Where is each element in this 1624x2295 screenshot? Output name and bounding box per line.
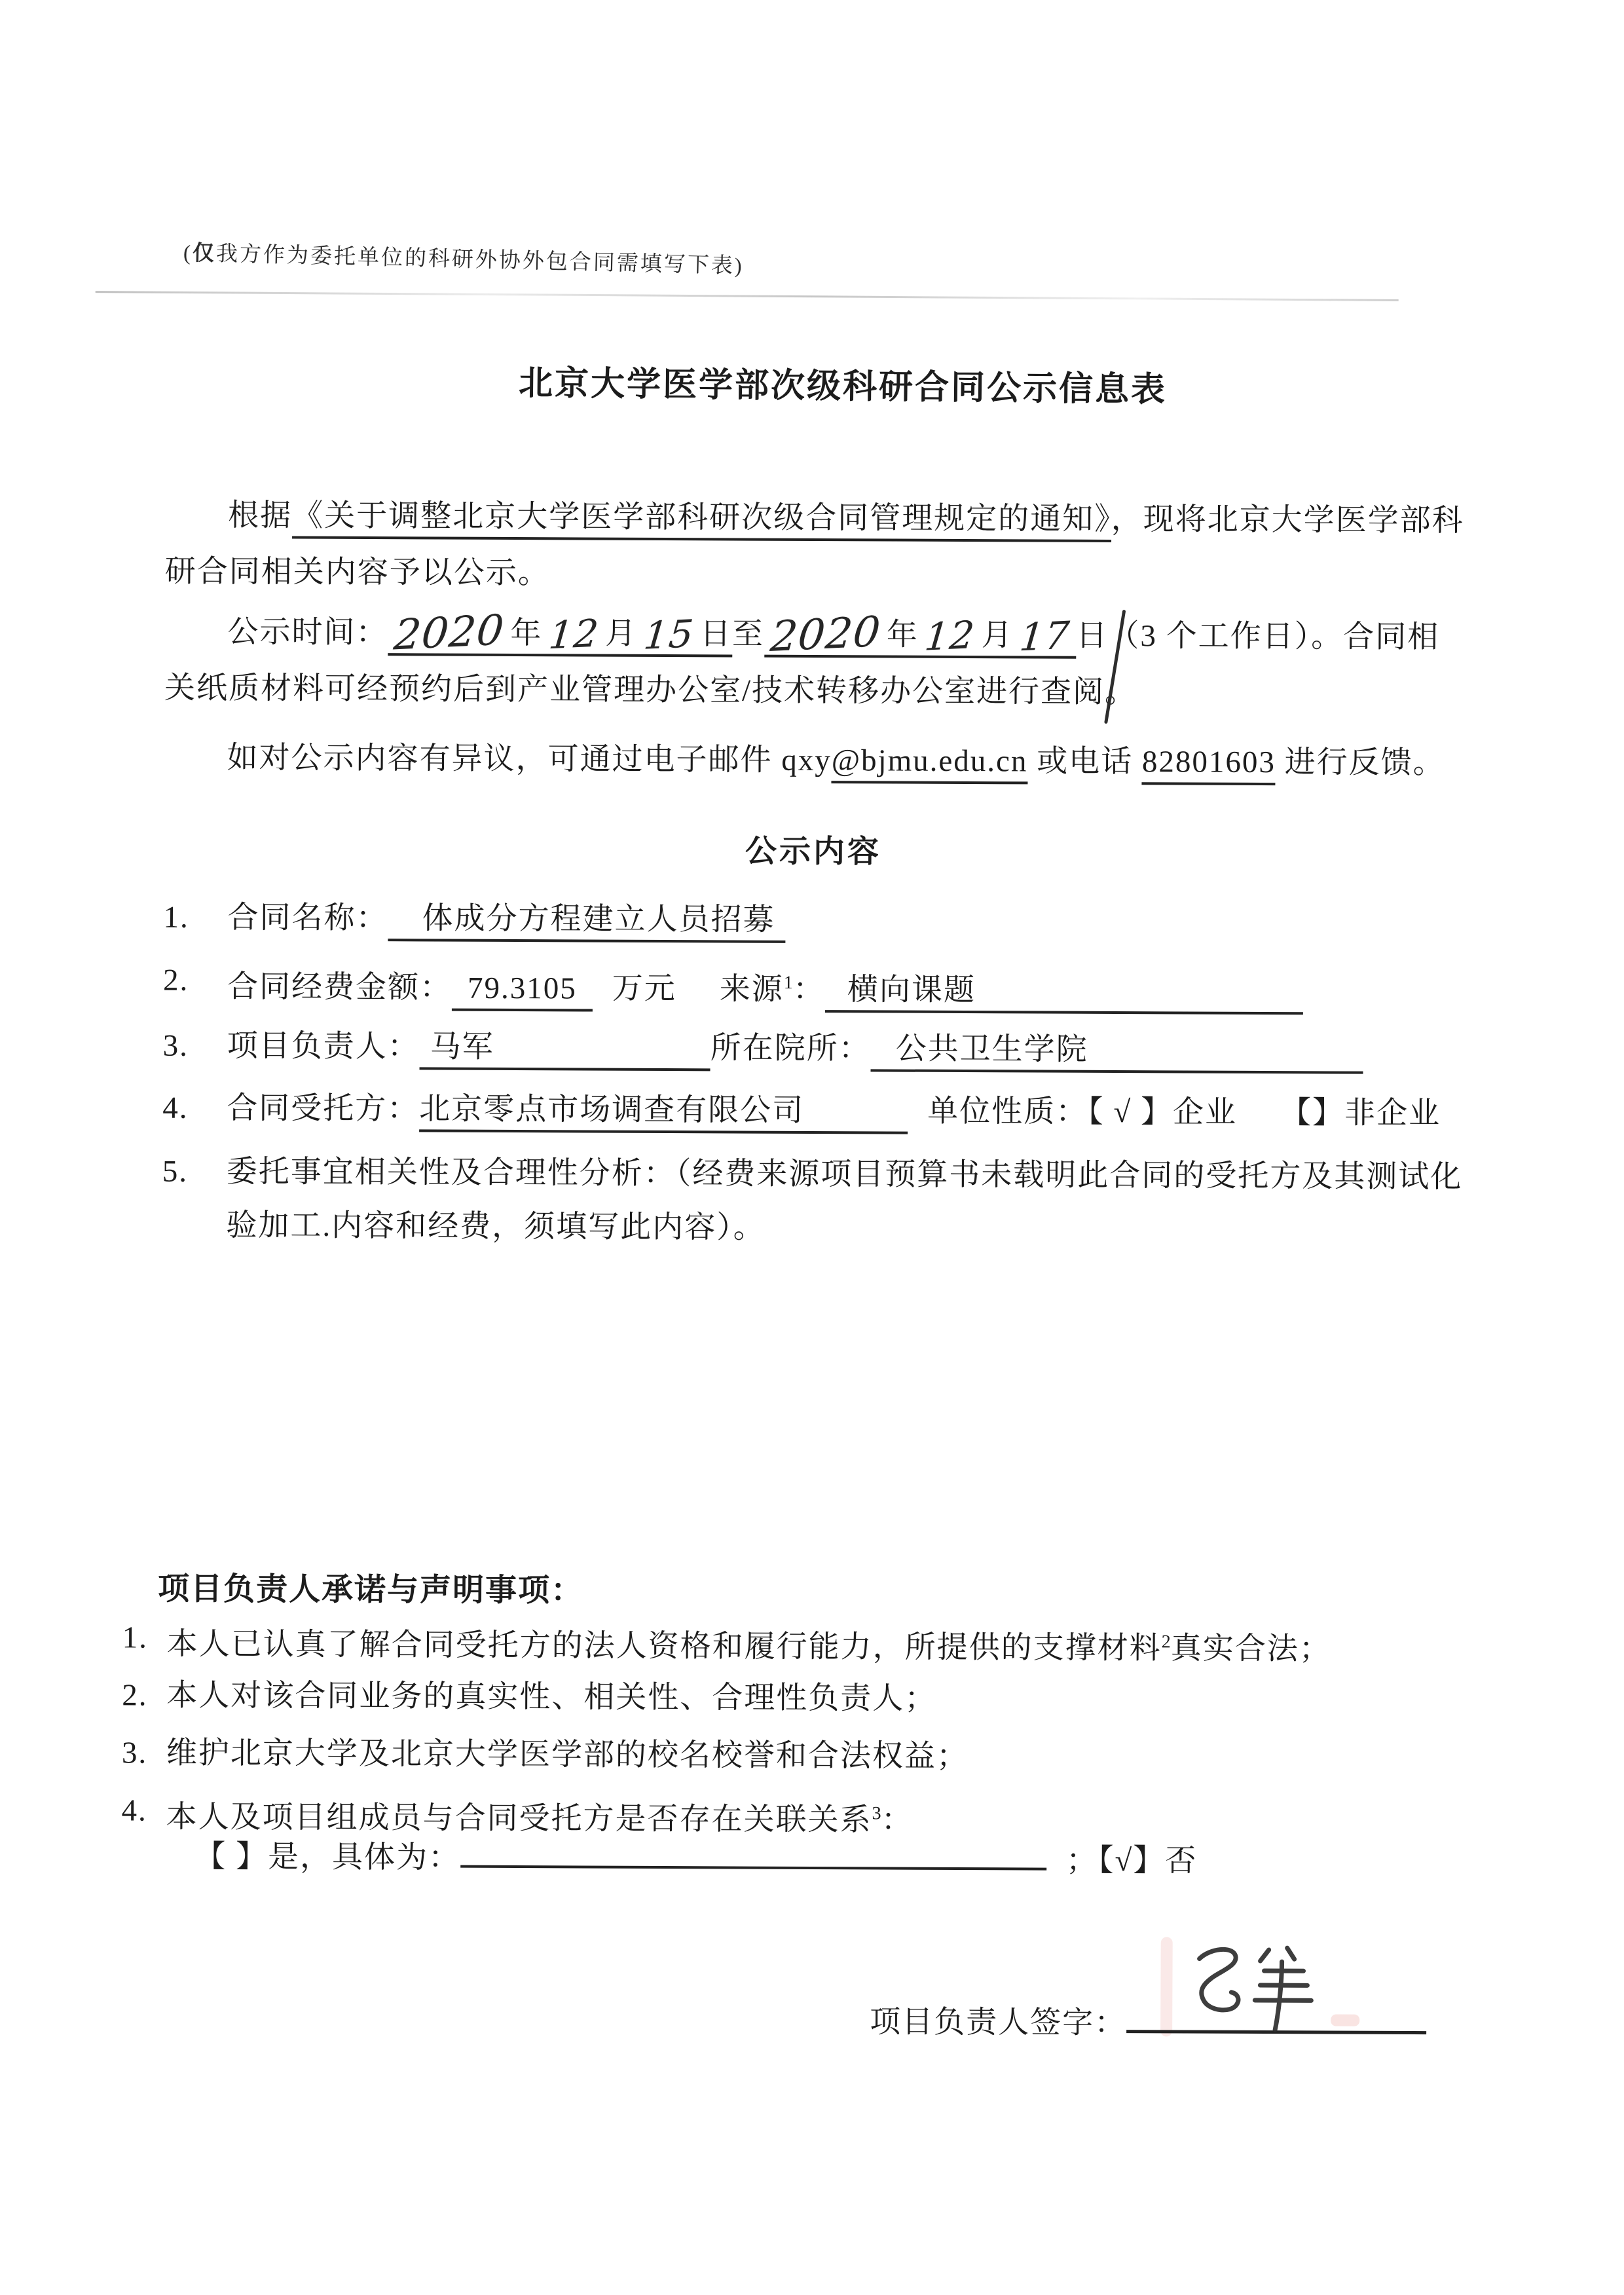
email-user-part: qxy — [781, 743, 832, 777]
item-number: 1. — [122, 1609, 166, 1672]
handwritten-end-year: 2020 — [764, 632, 887, 638]
unit-year: 年 — [510, 616, 542, 650]
feedback-mid-text: 或电话 — [1027, 744, 1142, 779]
unit-day: 日 — [700, 617, 732, 651]
item-number: 4. — [162, 1080, 227, 1136]
scanned-content: (仅我方作为委托单位的科研外协外包合同需填写下表) 北京大学医学部次级科研合同公… — [0, 0, 1624, 2295]
source-word: 来源 — [720, 972, 784, 1006]
document-title: 北京大学医学部次级科研合同公示信息表 — [31, 350, 1624, 424]
contract-item-trustee: 4. 合同受托方：北京零点市场调查有限公司单位性质：【 √ 】企业【】非企业 — [162, 1080, 1441, 1142]
relation-detail-blank — [460, 1865, 1046, 1871]
section-heading-public-content: 公示内容 — [1, 821, 1624, 884]
phone-number: 82801603 — [1142, 745, 1276, 785]
document-page: (仅我方作为委托单位的科研外协外包合同需填写下表) 北京大学医学部次级科研合同公… — [0, 0, 1624, 2295]
trustee-label: 合同受托方： — [227, 1091, 419, 1126]
handwritten-start-year: 2020 — [388, 630, 511, 636]
pi-label: 项目负责人： — [227, 1029, 420, 1064]
pi-name-value: 马军 — [420, 1030, 710, 1071]
handwritten-end-day: 17 — [1013, 635, 1076, 638]
contract-name-value: 体成分方程建立人员招募 — [388, 901, 785, 943]
publicity-line2: 关纸质材料可经预约后到产业管理办公室/技术转移办公室进行查阅。 — [164, 671, 1137, 709]
feedback-paragraph: 如对公示内容有异议，可通过电子邮件 qxy@bjmu.edu.cn 或电话 82… — [164, 730, 1445, 792]
analysis-line1: 委托事宜相关性及合理性分析：（经费来源项目预算书未载明此合同的受托方及其测试化 — [227, 1155, 1463, 1194]
unit-day: 日 — [1076, 619, 1108, 653]
intro-line2: 研合同相关内容予以公示。 — [165, 555, 550, 591]
declaration-1-text: 本人已认真了解合同受托方的法人资格和履行能力，所提供的支撑材料 — [167, 1627, 1162, 1666]
contract-item-amount: 2. 合同经费金额：79.3105万元来源1：横向课题 — [163, 952, 1303, 1020]
checkbox-no-checked: 【√】否 — [1098, 1844, 1198, 1878]
contract-item-name: 1. 合同名称：体成分方程建立人员招募 — [163, 889, 785, 948]
footnote-ref-1: 1 — [784, 973, 793, 993]
institute-value: 公共卫生学院 — [871, 1032, 1363, 1073]
item-number: 2. — [163, 952, 227, 1015]
relation-answer-line: 【 】是，具体为：；【√】否 — [194, 1829, 1197, 1890]
signature-label: 项目负责人签字： — [870, 2005, 1126, 2040]
intro-line1-tail: ，现将北京大学医学部科 — [1111, 502, 1464, 538]
item-number: 3. — [162, 1018, 227, 1074]
declaration-item-2: 2. 本人对该合同业务的真实性、相关性、合理性负责人； — [122, 1667, 936, 1726]
feedback-post-text: 进行反馈。 — [1276, 745, 1445, 780]
unit-year: 年 — [887, 618, 919, 652]
trustee-company-value: 北京零点市场调查有限公司 — [419, 1092, 908, 1134]
referenced-notice-title: 《关于调整北京大学医学部科研次级合同管理规定的通知》 — [292, 499, 1111, 542]
scan-streak-artifact — [96, 291, 1399, 301]
publicity-paragraph: 公示时间：2020年12月15日至2020年12月17日（3 个工作日）。合同相… — [164, 604, 1439, 722]
contract-name-label: 合同名称： — [227, 901, 388, 935]
header-note: (仅我方作为委托单位的科研外协外包合同需填写下表) — [183, 225, 745, 295]
checkbox-company-checked: 【 √ 】企业 — [1088, 1095, 1237, 1130]
contract-amount-value: 79.3105 — [452, 971, 593, 1011]
item-number: 5. — [162, 1145, 227, 1252]
signature-row: 项目负责人签字： — [870, 1994, 1426, 2053]
footnote-ref-2: 2 — [1162, 1632, 1171, 1652]
intro-prefix: 根据 — [228, 498, 292, 532]
funding-source-label: 来源1： — [720, 972, 825, 1007]
contract-item-analysis: 5. 委托事宜相关性及合理性分析：（经费来源项目预算书未载明此合同的受托方及其测… — [162, 1145, 1462, 1258]
declaration-3-text: 维护北京大学及北京大学医学部的校名校誉和合法权益； — [166, 1725, 969, 1785]
declaration-2-text: 本人对该合同业务的真实性、相关性、合理性负责人； — [166, 1668, 936, 1727]
checkbox-noncompany: 【】非企业 — [1280, 1096, 1441, 1130]
contract-item-pi: 3. 项目负责人：马军所在院所：公共卫生学院 — [162, 1018, 1363, 1079]
publicity-period-label: 公示时间： — [227, 615, 388, 650]
separator: ； — [1066, 1844, 1098, 1878]
feedback-pre-text: 如对公示内容有异议，可通过电子邮件 — [227, 741, 781, 777]
declaration-item-1: 1. 本人已认真了解合同受托方的法人资格和履行能力，所提供的支撑材料2真实合法； — [122, 1609, 1331, 1677]
colon: ： — [793, 973, 825, 1007]
declaration-1-tail: 真实合法； — [1171, 1632, 1331, 1666]
item-number: 4. — [121, 1782, 166, 1845]
email-domain-part: @bjmu.edu.cn — [832, 743, 1028, 784]
declaration-item-3: 3. 维护北京大学及北京大学医学部的校名校誉和合法权益； — [122, 1725, 969, 1785]
date-range-to: 至 — [732, 617, 764, 651]
analysis-line2: 验加工.内容和经费，须填写此内容）。 — [226, 1208, 765, 1245]
unit-month: 月 — [981, 618, 1013, 652]
checkbox-yes-unchecked: 【 】是，具体为： — [194, 1840, 460, 1875]
item-number: 3. — [122, 1725, 166, 1781]
funding-source-value: 横向课题 — [825, 973, 1303, 1015]
entity-type-label: 单位性质： — [927, 1094, 1088, 1129]
contract-amount-label: 合同经费金额： — [227, 970, 452, 1005]
publicity-line1-tail: （3 个工作日）。合同相 — [1108, 619, 1439, 654]
intro-paragraph: 根据《关于调整北京大学医学部科研次级合同管理规定的通知》，现将北京大学医学部科 … — [165, 487, 1464, 606]
footnote-ref-3: 3 — [872, 1803, 881, 1823]
item-number: 2. — [122, 1667, 166, 1723]
handwritten-start-day: 15 — [637, 633, 700, 637]
institute-label: 所在院所： — [710, 1031, 871, 1066]
note-open-paren: ( — [183, 242, 193, 265]
amount-unit: 万元 — [612, 971, 676, 1005]
handwritten-end-month: 12 — [918, 635, 981, 638]
item-number: 1. — [163, 889, 227, 946]
unit-month: 月 — [605, 617, 637, 651]
handwritten-start-month: 12 — [542, 633, 605, 636]
start-date-blank: 2020年12月15日 — [388, 616, 732, 657]
signature-handwriting — [1172, 1939, 1323, 2038]
note-text: 我方作为委托单位的科研外协外包合同需填写下表) — [216, 242, 745, 278]
end-date-blank: 2020年12月17 — [764, 618, 1077, 659]
note-bold-char: 仅 — [193, 242, 217, 266]
